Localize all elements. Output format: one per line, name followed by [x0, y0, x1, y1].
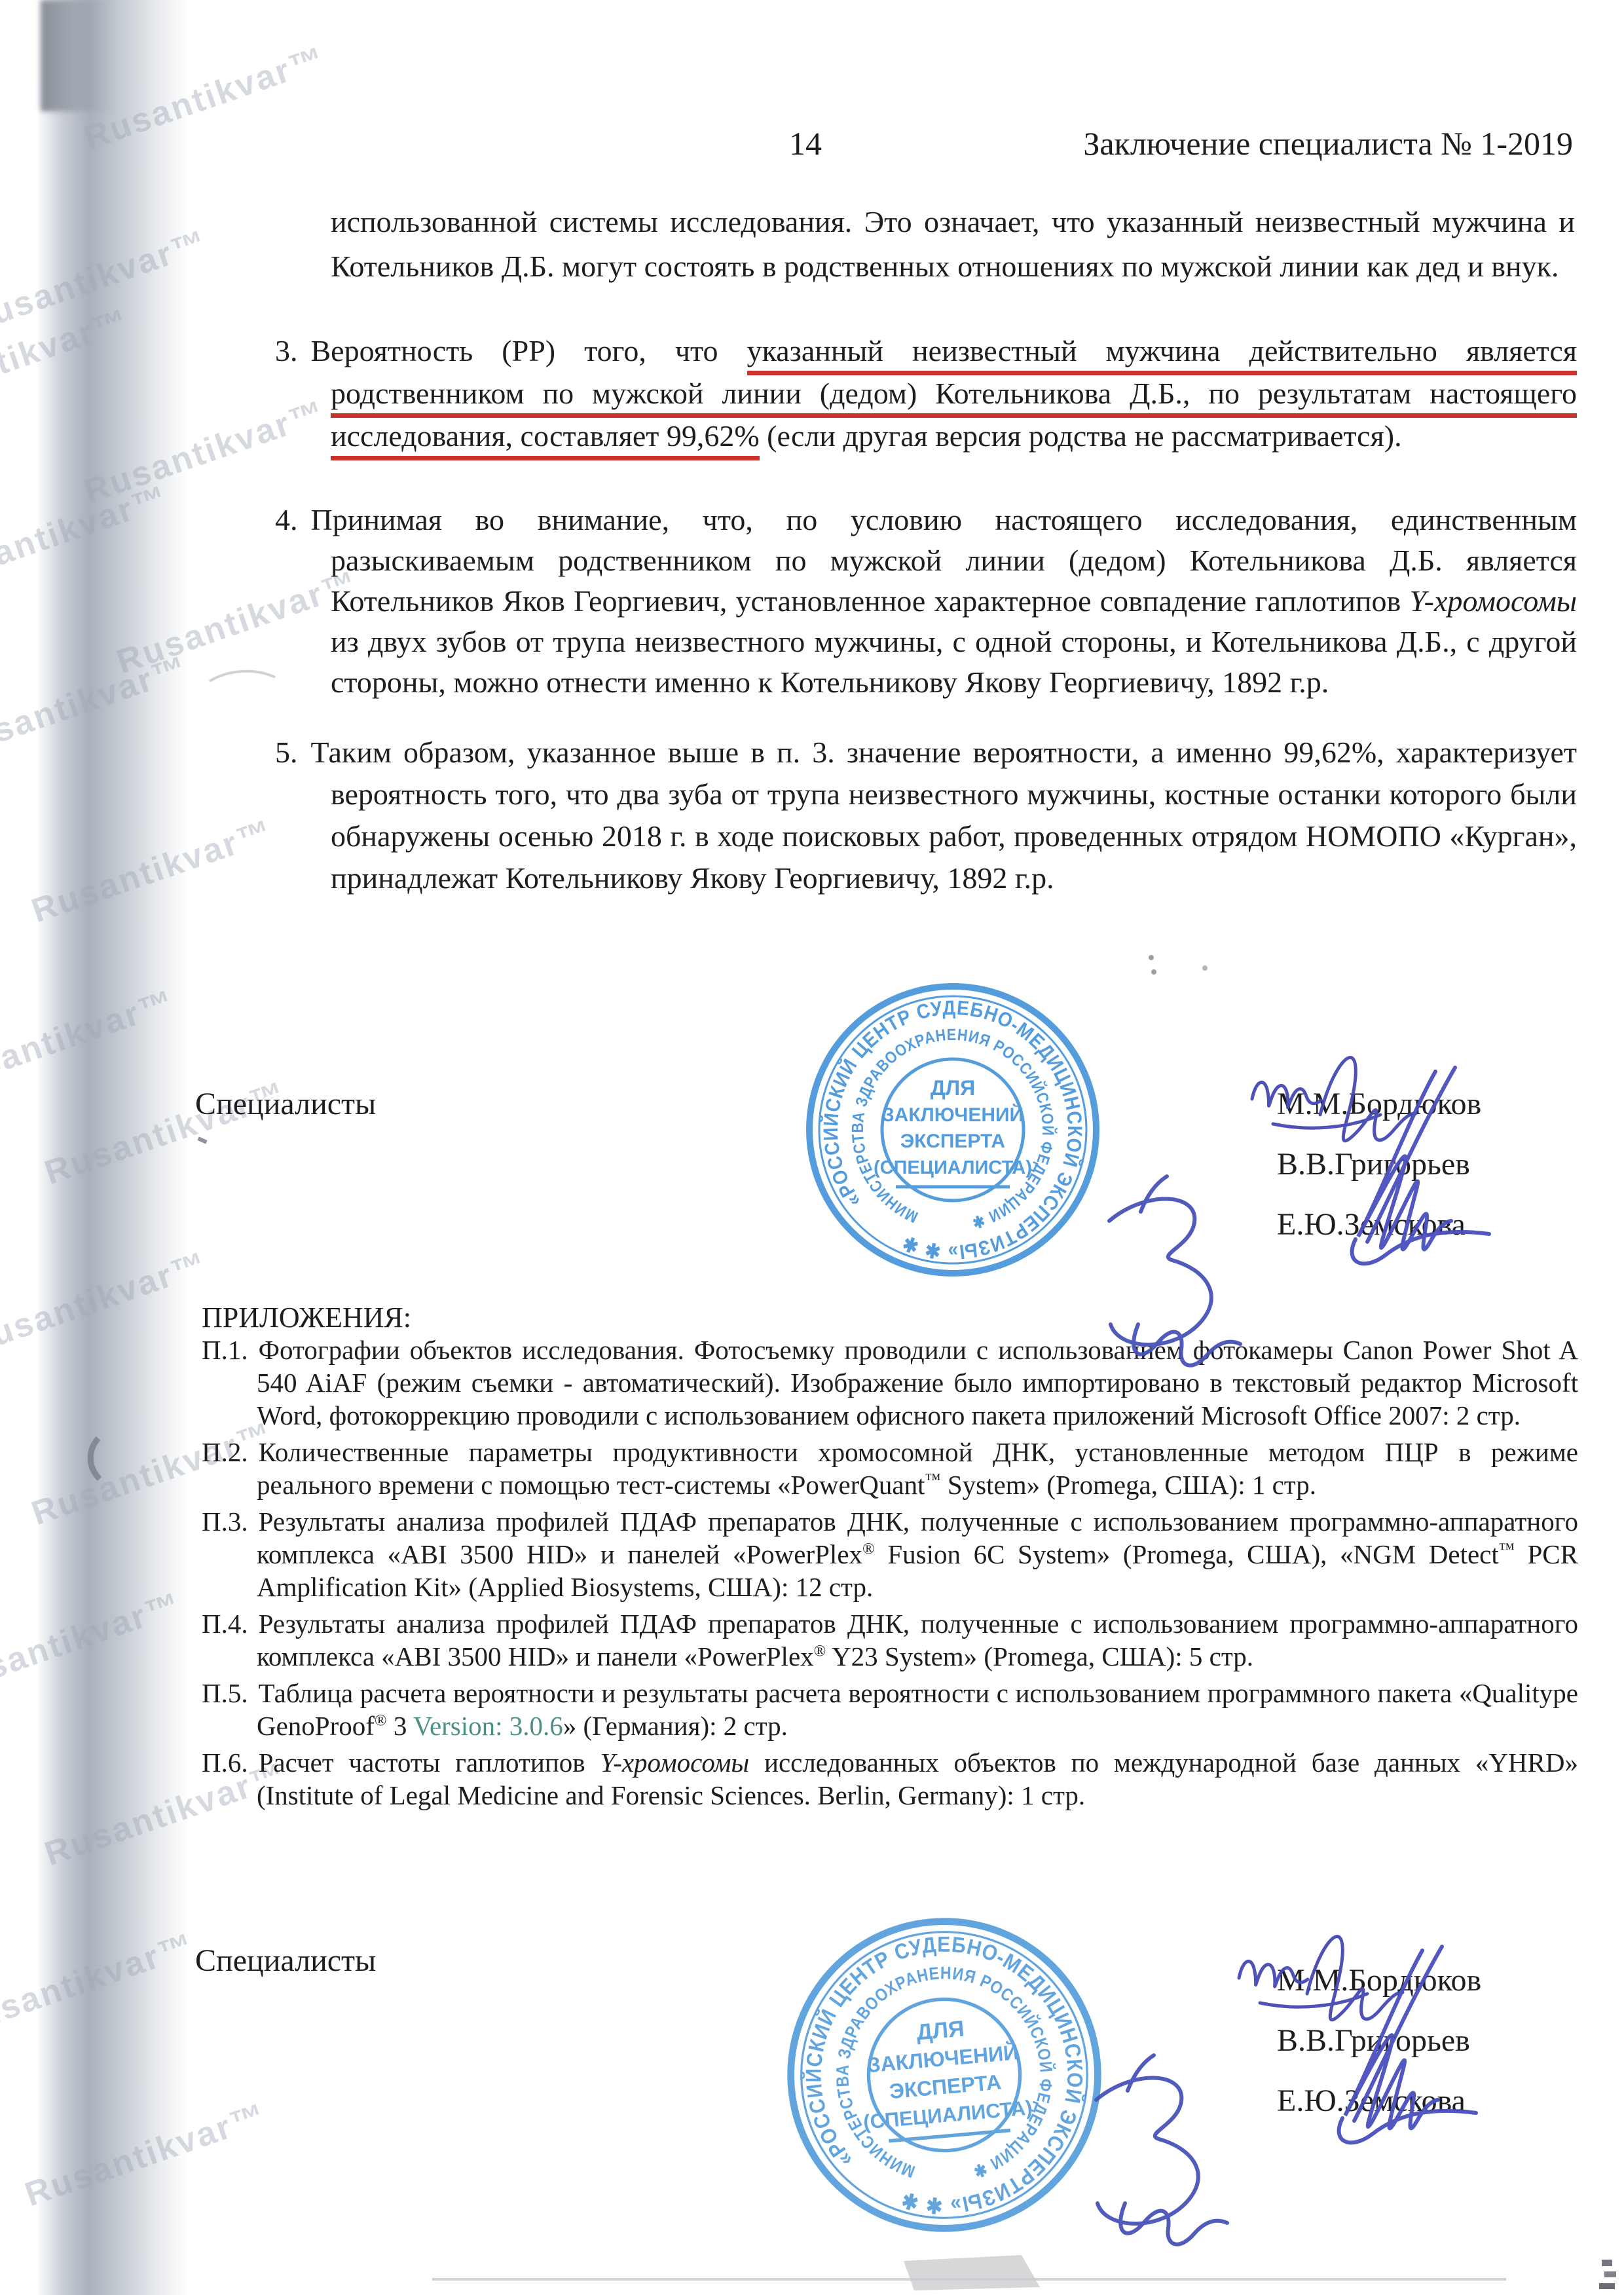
text-segment: ® [375, 1711, 387, 1729]
item-number: 5. [275, 736, 311, 769]
item-text: Таким образом, указанное выше в п. 3. зн… [311, 736, 1578, 895]
appendix-title: ПРИЛОЖЕНИЯ: [202, 1301, 411, 1334]
stamp-center-line-2: ЗАКЛЮЧЕНИЙ [882, 1104, 1024, 1126]
text-segment: Фотографии объектов исследования. Фотосъ… [257, 1335, 1578, 1430]
text-segment: 3 [387, 1711, 413, 1741]
text-segment: ™ [925, 1470, 941, 1488]
list-item-3: 3.Вероятность (PP) того, что указанный н… [275, 329, 1577, 457]
text-segment: Fusion 6C System» (Promega, США), «NGM D… [875, 1539, 1499, 1569]
specialist-name: М.М.Бордюков [1277, 1074, 1481, 1134]
appendix-text: Результаты анализа профилей ПДАФ препара… [257, 1506, 1578, 1602]
item-text: Принимая во внимание, что, по условию на… [311, 503, 1578, 699]
appendix-item-2: П.2.Количественные параметры продуктивно… [202, 1436, 1578, 1501]
specialist-names-bottom: М.М.Бордюков В.В.Григорьев Е.Ю.Земскова [1277, 1950, 1481, 2131]
appendix-number: П.1. [202, 1335, 259, 1365]
text-segment: Version: 3.0.6 [413, 1711, 563, 1741]
specialist-name: Е.Ю.Земскова [1277, 1195, 1481, 1255]
appendix-item-6: П.6.Расчет частоты гаплотипов Y-хромосом… [202, 1746, 1578, 1812]
appendix-text: Расчет частоты гаплотипов Y-хромосомы ис… [257, 1747, 1578, 1810]
appendix-number: П.2. [202, 1437, 259, 1467]
appendix-list: П.1.Фотографии объектов исследования. Фо… [202, 1334, 1578, 1816]
appendix-item-3: П.3.Результаты анализа профилей ПДАФ пре… [202, 1505, 1578, 1603]
paragraph-intro: использованной системы исследования. Это… [331, 200, 1575, 289]
text-segment: ™ [1499, 1540, 1515, 1558]
specialist-name: В.В.Григорьев [1277, 1134, 1481, 1195]
appendix-text: Фотографии объектов исследования. Фотосъ… [257, 1335, 1578, 1430]
text-segment: Принимая во внимание, что, по условию на… [311, 503, 1578, 618]
document-title: Заключение специалиста № 1-2019 [1083, 124, 1573, 162]
appendix-item-1: П.1.Фотографии объектов исследования. Фо… [202, 1334, 1578, 1432]
stamp-inner-ring-text: МИНИСТЕРСТВА ЗДРАВООХРАНЕНИЯ РОССИЙСКОЙ … [849, 1026, 1058, 1232]
svg-text:МИНИСТЕРСТВА ЗДРАВООХРАНЕНИЯ Р: МИНИСТЕРСТВА ЗДРАВООХРАНЕНИЯ РОССИЙСКОЙ … [849, 1026, 1058, 1232]
official-stamp-bottom [757, 1888, 1132, 2263]
item-number: 3. [275, 334, 311, 367]
appendix-number: П.4. [202, 1609, 259, 1639]
item-text: Вероятность (PP) того, что указанный неи… [311, 334, 1578, 460]
list-item-5: 5.Таким образом, указанное выше в п. 3. … [275, 732, 1577, 899]
page-number: 14 [789, 124, 822, 162]
stamp-center-line-1: ДЛЯ [931, 1076, 975, 1100]
stamp-center-line-3: ЭКСПЕРТА [900, 1130, 1005, 1152]
text-segment: Y23 System» (Promega, США): 5 стр. [826, 1641, 1253, 1671]
specialist-name: В.В.Григорьев [1277, 2011, 1481, 2071]
stamp-outer-ring-text: «РОССИЙСКИЙ ЦЕНТР СУДЕБНО-МЕДИЦИНСКОЙ ЭК… [819, 996, 1086, 1263]
scanned-document-page: Rusantikvar™ Rusantikvar™ Rusantikvar™ R… [0, 0, 1624, 2295]
item-number: 4. [275, 503, 311, 536]
appendix-text: Таблица расчета вероятности и результаты… [257, 1678, 1578, 1741]
text-segment: » (Германия): 2 стр. [563, 1711, 788, 1741]
list-item-4: 4.Принимая во внимание, что, по условию … [275, 500, 1577, 703]
scan-edge-shadow [38, 0, 189, 2295]
stamp-center-line-4: (СПЕЦИАЛИСТА) [874, 1157, 1032, 1178]
text-segment: (если другая версия родства не рассматри… [760, 419, 1402, 453]
specialists-label-bottom: Специалисты [195, 1943, 376, 1979]
appendix-text: Результаты анализа профилей ПДАФ препара… [257, 1609, 1578, 1671]
specialist-names-top: М.М.Бордюков В.В.Григорьев Е.Ю.Земскова [1277, 1074, 1481, 1255]
text-segment: Вероятность (PP) того, что [311, 334, 747, 367]
appendix-text: Количественные параметры продуктивности … [257, 1437, 1578, 1500]
text-segment: из двух зубов от трупа неизвестного мужч… [331, 625, 1577, 699]
scan-edge-shadow-top [41, 0, 119, 111]
svg-text:«РОССИЙСКИЙ ЦЕНТР СУДЕБНО-МЕДИ: «РОССИЙСКИЙ ЦЕНТР СУДЕБНО-МЕДИЦИНСКОЙ ЭК… [819, 996, 1086, 1263]
text-segment: System» (Promega, США): 1 стр. [941, 1470, 1316, 1500]
text-segment: ® [862, 1540, 875, 1558]
specialist-name: Е.Ю.Земскова [1277, 2071, 1481, 2131]
text-segment: Количественные параметры продуктивности … [257, 1437, 1578, 1500]
text-segment: ® [814, 1642, 826, 1660]
specialist-name: М.М.Бордюков [1277, 1950, 1481, 2011]
text-segment: Y-хромосомы [1409, 584, 1577, 618]
appendix-number: П.3. [202, 1506, 259, 1537]
text-segment: Y-хромосомы [600, 1747, 749, 1778]
official-stamp: «РОССИЙСКИЙ ЦЕНТР СУДЕБНО-МЕДИЦИНСКОЙ ЭК… [791, 968, 1115, 1292]
appendix-item-4: П.4.Результаты анализа профилей ПДАФ пре… [202, 1607, 1578, 1673]
text-segment: Таким образом, указанное выше в п. 3. зн… [311, 736, 1578, 895]
appendix-number: П.5. [202, 1678, 259, 1708]
appendix-item-5: П.5.Таблица расчета вероятности и резуль… [202, 1677, 1578, 1742]
text-segment: Расчет частоты гаплотипов [259, 1747, 600, 1778]
specialists-label-top: Специалисты [195, 1086, 376, 1122]
appendix-number: П.6. [202, 1747, 259, 1778]
